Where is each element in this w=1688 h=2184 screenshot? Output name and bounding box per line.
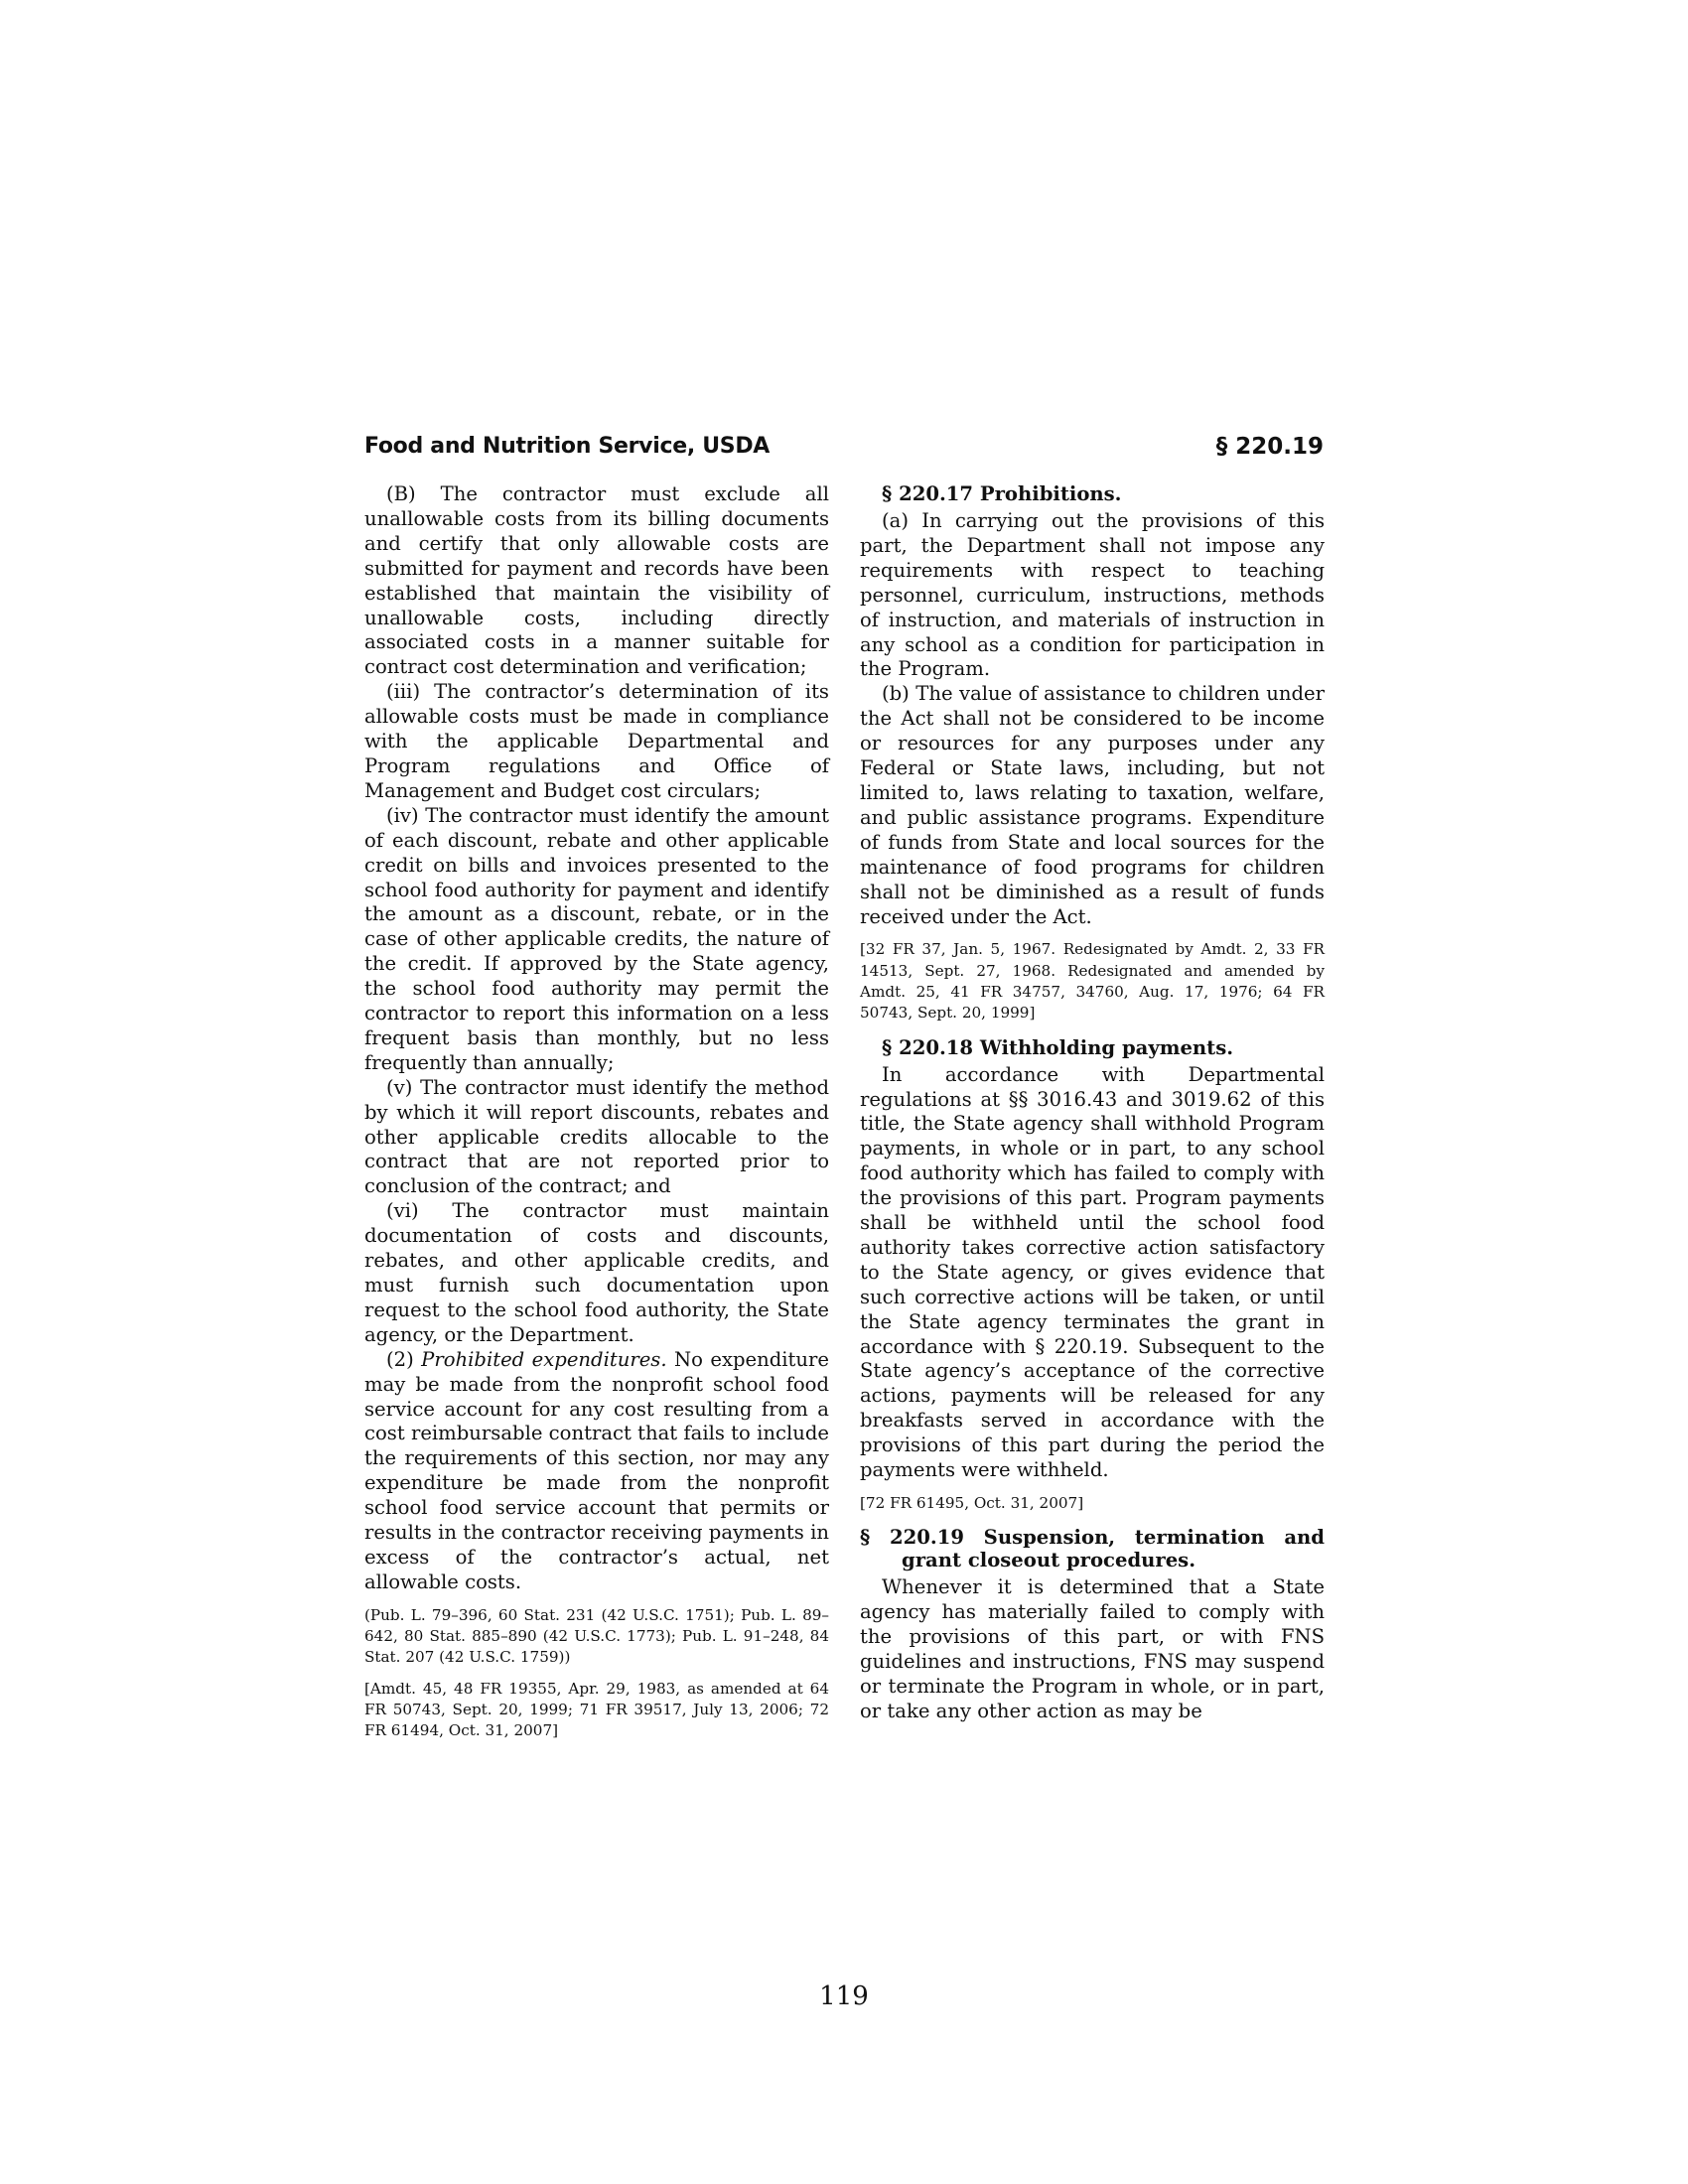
paragraph-suspension: Whenever it is determined that a State a… bbox=[860, 1575, 1325, 1723]
right-column: § 220.17 Prohibitions. (a) In carrying o… bbox=[860, 482, 1325, 1724]
paragraph-body: No expenditure may be made from the nonp… bbox=[364, 1348, 829, 1593]
agency-header: Food and Nutrition Service, USDA bbox=[364, 434, 770, 459]
spacer bbox=[860, 1024, 1325, 1036]
paragraph-a: (a) In carrying out the provisions of th… bbox=[860, 509, 1325, 682]
paragraph-vi: (vi) The contractor must maintain docume… bbox=[364, 1199, 829, 1347]
section-heading-220-19: § 220.19 Suspension, termination and gra… bbox=[860, 1526, 1325, 1571]
paragraph-v: (v) The contractor must identify the met… bbox=[364, 1076, 829, 1200]
paragraph-withholding: In accordance with Departmental regulati… bbox=[860, 1063, 1325, 1483]
document-page: Food and Nutrition Service, USDA § 220.1… bbox=[0, 0, 1688, 2184]
running-head: Food and Nutrition Service, USDA § 220.1… bbox=[364, 434, 1324, 464]
spacer bbox=[860, 1514, 1325, 1526]
paragraph-lead: (2) bbox=[386, 1348, 421, 1371]
section-header: § 220.19 bbox=[1216, 434, 1324, 460]
page-number: 119 bbox=[0, 1981, 1688, 2011]
authority-citation: (Pub. L. 79–396, 60 Stat. 231 (42 U.S.C.… bbox=[364, 1605, 829, 1669]
source-citation-220-17: [32 FR 37, Jan. 5, 1967. Redesignated by… bbox=[860, 939, 1325, 1024]
paragraph-iv: (iv) The contractor must identify the am… bbox=[364, 804, 829, 1076]
left-column: (B) The contractor must exclude all unal… bbox=[364, 482, 829, 1742]
paragraph-iii: (iii) The contractor’s determination of … bbox=[364, 680, 829, 804]
paragraph-prohibited-expenditures: (2) Prohibited expenditures. No expendit… bbox=[364, 1348, 829, 1595]
paragraph-b: (b) The value of assistance to children … bbox=[860, 682, 1325, 929]
section-heading-220-17: § 220.17 Prohibitions. bbox=[860, 482, 1325, 505]
paragraph-B: (B) The contractor must exclude all unal… bbox=[364, 482, 829, 680]
paragraph-italic-heading: Prohibited expenditures. bbox=[421, 1348, 666, 1371]
section-heading-220-18: § 220.18 Withholding payments. bbox=[860, 1036, 1325, 1059]
source-citation-220-18: [72 FR 61495, Oct. 31, 2007] bbox=[860, 1493, 1325, 1514]
source-citation: [Amdt. 45, 48 FR 19355, Apr. 29, 1983, a… bbox=[364, 1679, 829, 1742]
